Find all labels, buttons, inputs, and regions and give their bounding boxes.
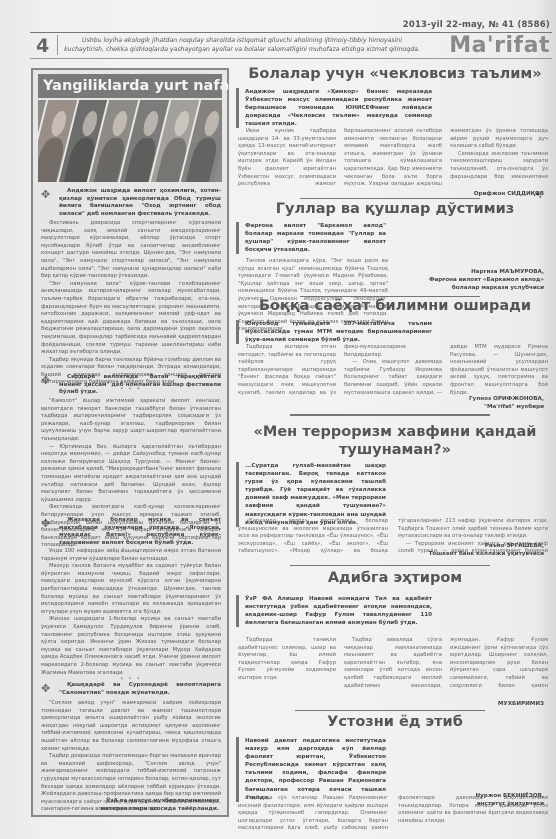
digest-paragraph: Фестиваль доирасида спортчиларнинг кўрга… — [41, 220, 221, 281]
digest-lead: ✥ Андижон шаҳрида вилоят ҳокимлиги, хоти… — [41, 188, 221, 218]
article-lead: Юнусобод туманидаги 307-мактабгача таъли… — [236, 320, 432, 344]
article-signature: Гулноз ОРИФЖОНОВА, "Ma'rifat" мухбири — [404, 395, 544, 411]
article-title: Адибга эҳтиром — [240, 570, 550, 586]
article-lead: ЎзР ФА Алишер Навоий номидаги Тил ва ада… — [236, 595, 432, 627]
article-divider — [300, 296, 480, 297]
article-signature: Орифжон СИДДИҚОВ — [394, 190, 544, 198]
article-title: Боққа саёҳат билимни оширади — [240, 298, 550, 314]
digest-paragraph: "Соғлом авлод учун" жамғармаси хайрия ло… — [41, 700, 221, 753]
header-rule-bottom — [30, 58, 552, 59]
article-body: Икки кунлик тадбирда шаҳардаги 14- ва 33… — [238, 128, 548, 190]
article-signature: Раъно ЭРГАШЕВА, Тошкент банк коллежи ўқи… — [384, 542, 544, 558]
digest-paragraph: "Камолот" ёшлар ижтимоий ҳаракати вилоят… — [41, 398, 221, 444]
digest-body: Фестиваль доирасида спортчиларнинг кўрга… — [41, 220, 221, 395]
page-number-divider — [57, 35, 58, 55]
digest-signature: ЎзА ва махсус мухбирларимизнинг материал… — [69, 797, 219, 813]
news-digest-box: Yangiliklarda yurt nafasi ✥ Андижон шаҳр… — [31, 68, 229, 817]
article-body: Тадбирда таниқли адабиётшунос олимлар, ш… — [238, 637, 548, 697]
signature-line: Тошкент банк коллежи ўқитувчиси — [384, 550, 544, 558]
article-title: «Мен терроризм хавфини қандай тушунаман?… — [240, 423, 550, 459]
digest-lead: ✥ Жиззахда болалар мусиқа ва санъат макт… — [41, 517, 221, 547]
article-title: Гуллар ва қушлар дўстимиз — [240, 201, 550, 217]
article-title: Устозни ёд этиб — [240, 714, 550, 730]
article-divider — [290, 565, 490, 566]
article-lead: Навоий давлат педагогика институтида маз… — [236, 737, 386, 802]
ornament-star-icon: ✥ — [41, 375, 53, 387]
signature-line: Гулноз ОРИФЖОНОВА, — [404, 395, 544, 403]
digest-lead-text: Қашқадарё ва Сурхондарё вилоятларига "Са… — [59, 682, 221, 696]
article-paragraph: Тадбирда таниқли адабиётшунос олимлар, ш… — [238, 637, 336, 683]
digest-paragraph: "Энг намунали оила" кўрик-танлови голибл… — [41, 281, 221, 357]
signature-line: Наргиза МАЪМУРОВА, — [394, 268, 544, 276]
article-title-line: тушунаман?» — [240, 441, 550, 459]
bird-icon: ➷ — [535, 191, 543, 201]
ornament-star-icon: ✥ — [41, 518, 53, 530]
article-divider — [295, 710, 485, 711]
article-lead: Фарғона вилоят "Баркамол авлод" болалар … — [236, 222, 386, 254]
signature-line: Нуржон БЕКНИЁЗОВ, — [404, 792, 544, 800]
article-body: Тадбирда иштирок этган методист, тарбияч… — [238, 344, 548, 400]
news-digest-title: Yangiliklarda yurt nafasi — [38, 74, 222, 98]
signature-line: болалар маркази услубчиси — [394, 284, 544, 292]
article-signature: Нуржон БЕКНИЁЗОВ, институт ўқитувчиси — [404, 792, 544, 808]
digest-body: Унда 100 нафардан зиёд ёш иштирокчи ижро… — [41, 548, 221, 685]
digest-lead: ✥ Сирдарё вилоятида "Ватан тараққиётига … — [41, 374, 221, 397]
issue-dateline: 2013-yil 22-may, № 41 (8586) — [403, 20, 550, 30]
signature-line: Раъно ЭРГАШЕВА, — [384, 542, 544, 550]
article-title: Болалар учун «чекловсиз таълим» — [240, 66, 550, 82]
signature-line: институт ўқитувчиси — [404, 800, 544, 808]
digest-paragraph: Мазкур танлов Ватанга муҳаббат ва садоқа… — [41, 563, 221, 616]
digest-lead-text: Андижон шаҳрида вилоят ҳокимлиги, хотин-… — [59, 188, 221, 217]
article-title-line: «Мен терроризм хавфини қандай — [240, 423, 550, 441]
article-divider — [300, 198, 480, 199]
digest-paragraph: Жиззах шаҳридаги 1-болалар мусиқа ва сан… — [41, 616, 221, 677]
ornament-star-icon: ✥ — [41, 683, 53, 695]
digest-lead: ✥ Қашқадарё ва Сурхондарё вилоятларига "… — [41, 682, 221, 697]
signature-line: Фарғона вилоят «Баркамол авлод» — [394, 276, 544, 284]
digest-lead-text: Жиззахда болалар мусиқа ва санъат мактаб… — [59, 517, 221, 546]
article-signature: Наргиза МАЪМУРОВА, Фарғона вилоят «Барка… — [394, 268, 544, 292]
article-signature: МУХБИРИМИЗ — [424, 700, 544, 708]
header-motto: Ushbu loyiha ekologik jihatdan noqulay s… — [62, 36, 422, 54]
newspaper-page: 2013-yil 22-may, № 41 (8586) 4 Ushbu loy… — [0, 0, 556, 839]
photo-collage — [38, 100, 222, 182]
article-paragraph: Тадбир аввалида сўзга чиққанлар мамлакат… — [344, 637, 556, 697]
article-divider — [290, 414, 490, 416]
digest-paragraph: Унда 100 нафардан зиёд ёш иштирокчи ижро… — [41, 548, 221, 563]
digest-paragraph: — Юртимизда биз, ёшларга қаратилаётган э… — [41, 444, 221, 505]
digest-lead-text: Сирдарё вилоятида "Ватан тараққиётига ме… — [59, 374, 221, 395]
page-number: 4 — [36, 35, 49, 57]
article-lead: Андижон шаҳридаги «Ҳимкор» бизнес марказ… — [236, 88, 432, 128]
ornament-star-icon: ✥ — [41, 189, 53, 201]
newspaper-logo: Ma'rifat — [449, 33, 550, 58]
signature-line: "Ma'rifat" мухбири — [404, 403, 544, 411]
